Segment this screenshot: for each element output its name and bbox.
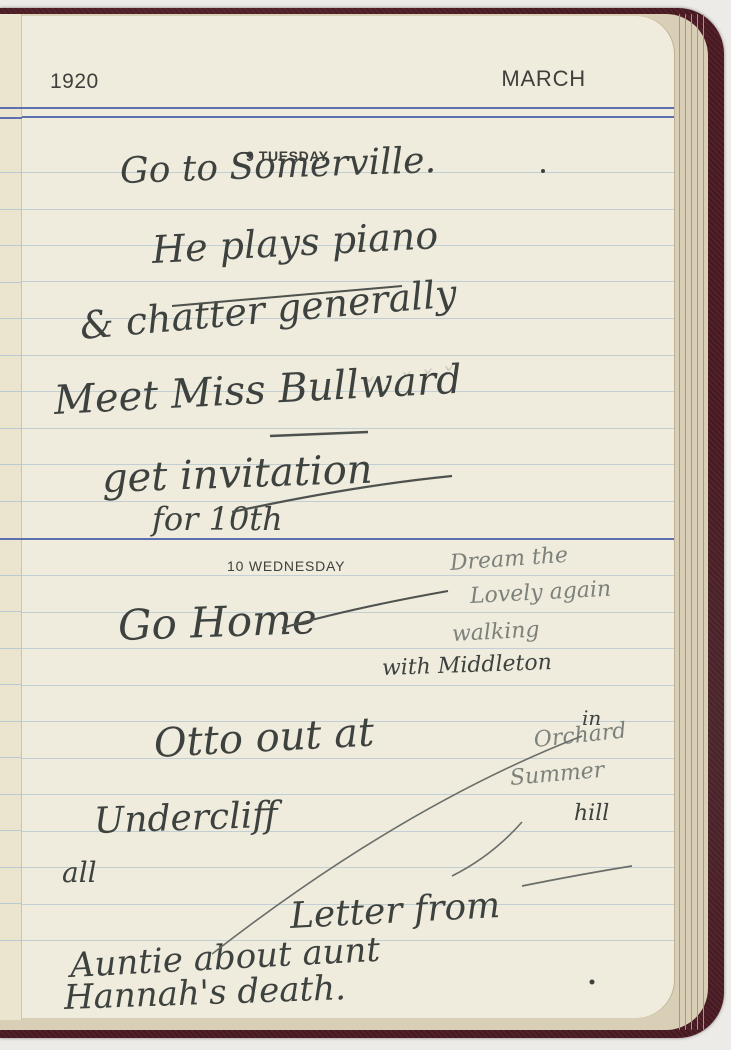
handwritten-entry: Undercliff — [93, 795, 278, 842]
left-light-rule — [0, 757, 22, 758]
handwritten-entry: Meet Miss Bullward — [53, 357, 463, 424]
margin-note: Orchard — [533, 718, 628, 753]
left-light-rule — [0, 209, 22, 210]
page-edge-line — [697, 14, 698, 1030]
light-rule — [22, 794, 674, 795]
left-light-rule — [0, 721, 22, 722]
left-light-rule — [0, 684, 22, 685]
left-light-rule — [0, 830, 22, 831]
margin-note: Summer — [509, 758, 605, 791]
left-light-rule — [0, 318, 22, 319]
left-facing-page — [0, 14, 22, 1020]
left-light-rule — [0, 428, 22, 429]
month-label: MARCH — [501, 66, 586, 92]
margin-note: hill — [574, 801, 609, 826]
diary-page: 1920 MARCH 9 TUESDAY 10 WEDNESDAY ˇ · ˇ … — [22, 16, 674, 1018]
left-light-rule — [0, 611, 22, 612]
left-light-rule — [0, 501, 22, 502]
left-light-rule — [0, 575, 22, 576]
light-rule — [22, 428, 674, 429]
left-light-rule — [0, 794, 22, 795]
margin-note: Lovely again — [469, 577, 611, 609]
left-light-rule — [0, 172, 22, 173]
light-rule — [22, 355, 674, 356]
handwritten-entry: Go to Somerville. — [119, 140, 436, 192]
day-divider-rule — [22, 538, 674, 540]
left-light-rule — [0, 903, 22, 904]
year-label: 1920 — [50, 70, 99, 94]
left-light-rule — [0, 245, 22, 246]
handwritten-entry: Hannah's death. — [63, 968, 346, 1018]
light-rule — [22, 685, 674, 686]
handwritten-entry: & chatter generally — [78, 271, 458, 348]
light-rule — [22, 575, 674, 576]
left-light-rule — [0, 867, 22, 868]
handwritten-entry: He plays piano — [151, 213, 439, 272]
page-edge-line — [685, 14, 686, 1030]
left-light-rule — [0, 355, 22, 356]
handwritten-entry: for 10th — [152, 500, 283, 538]
day-heading-wednesday: 10 WEDNESDAY — [227, 558, 345, 574]
page-edge-line — [691, 14, 692, 1030]
handwritten-entry: Letter from — [289, 885, 501, 937]
left-light-rule — [0, 464, 22, 465]
light-rule — [22, 209, 674, 210]
left-light-rule — [0, 940, 22, 941]
handwritten-entry: Go Home — [117, 594, 317, 650]
light-rule — [22, 867, 674, 868]
left-light-rule — [0, 648, 22, 649]
left-blue-rule — [0, 538, 22, 540]
margin-note: with Middleton — [382, 650, 553, 681]
margin-note: walking — [451, 617, 540, 647]
handwritten-entry: all — [62, 856, 97, 889]
page-edge-line — [703, 14, 704, 1030]
header-blue-rule — [22, 107, 674, 109]
left-light-rule — [0, 282, 22, 283]
left-blue-rule — [0, 107, 22, 109]
light-rule — [22, 758, 674, 759]
handwritten-entry: get invitation — [101, 447, 373, 502]
page-edge-line — [679, 14, 680, 1030]
left-blue-rule — [0, 117, 22, 119]
margin-note: Dream the — [449, 543, 569, 576]
header-blue-rule — [22, 116, 674, 118]
left-light-rule — [0, 391, 22, 392]
